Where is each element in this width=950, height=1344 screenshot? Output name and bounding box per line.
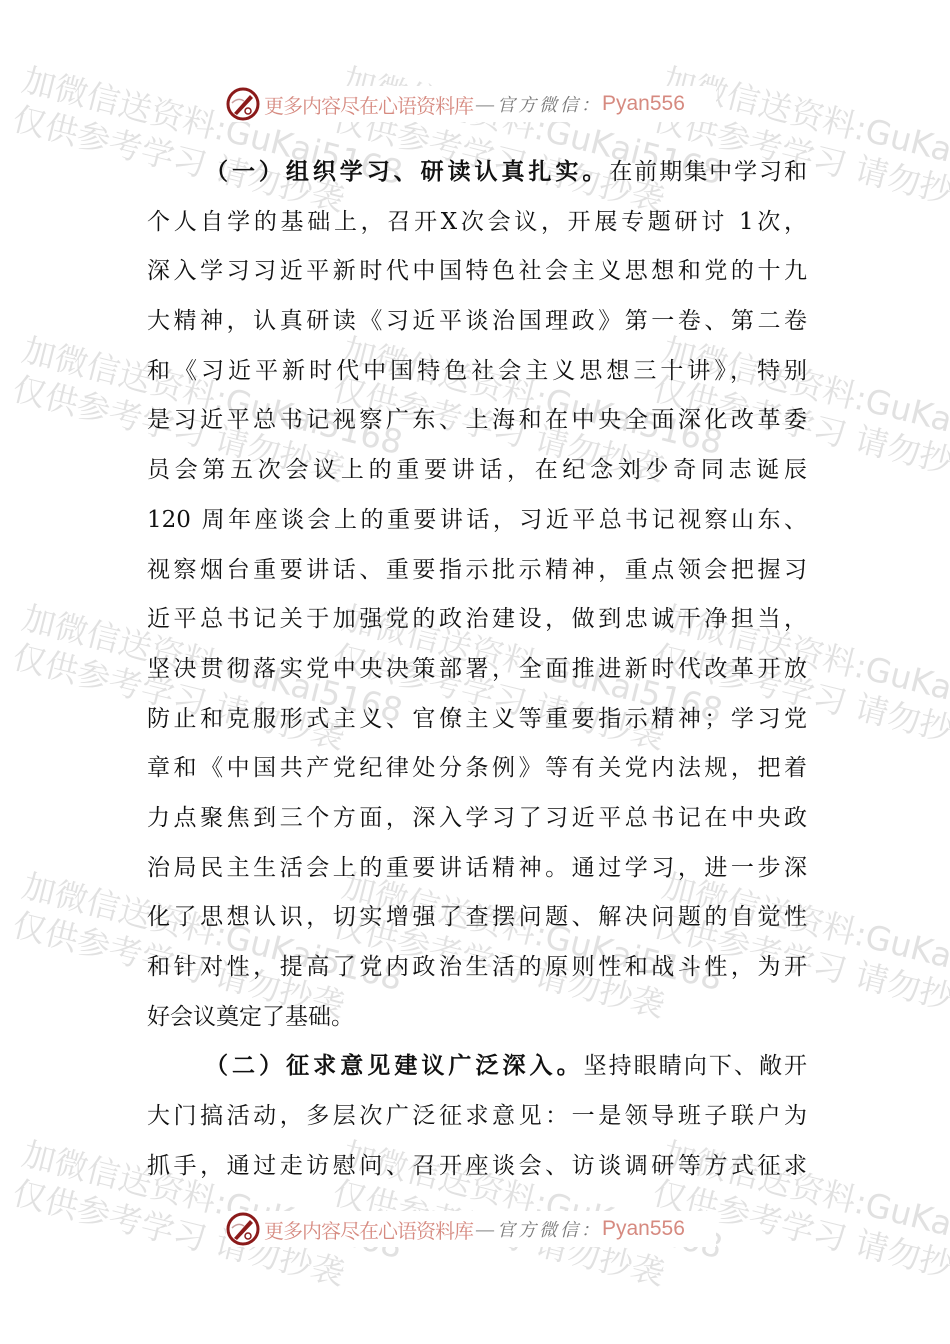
text-line: 力点聚焦到三个方面，深入学习了习近平总书记在中央政 xyxy=(147,794,807,844)
text-line: 抓手，通过走访慰问、召开座谈会、访谈调研等方式征求 xyxy=(147,1142,807,1192)
promo-official-label: 官方微信： xyxy=(497,91,602,117)
header-promo-banner: 更多内容尽在心语资料库 — 官方微信： Pyan556 xyxy=(226,86,716,122)
text-line: 防止和克服形式主义、官僚主义等重要指示精神；学习党 xyxy=(147,695,807,745)
promo-text: 更多内容尽在心语资料库 xyxy=(264,1215,473,1244)
promo-wechat-id: Pyan556 xyxy=(602,1217,685,1241)
promo-official-label: 官方微信： xyxy=(497,1216,602,1242)
text-line: 和针对性，提高了党内政治生活的原则性和战斗性，为开 xyxy=(147,943,807,993)
text-line: 章和《中国共产党纪律处分条例》等有关党内法规，把着 xyxy=(147,744,807,794)
section-heading: （一）组织学习、研读认真扎实。 xyxy=(205,159,609,185)
document-page: 加微信送资料:GuKai5168仅供参考学习 请勿抄袭 加微信送资料:GuKai… xyxy=(0,0,950,1344)
promo-wechat-id: Pyan556 xyxy=(602,92,685,116)
text-line: 近平总书记关于加强党的政治建设，做到忠诚干净担当， xyxy=(147,595,807,645)
document-body: （一）组织学习、研读认真扎实。在前期集中学习和 个人自学的基础上，召开X次会议，… xyxy=(147,148,807,1191)
text-line: 和《习近平新时代中国特色社会主义思想三十讲》，特别 xyxy=(147,347,807,397)
section-2: （二）征求意见建议广泛深入。坚持眼睛向下、敞开 大门搞活动，多层次广泛征求意见：… xyxy=(147,1042,807,1191)
section-1: （一）组织学习、研读认真扎实。在前期集中学习和 个人自学的基础上，召开X次会议，… xyxy=(147,148,807,1042)
text-line: 大精神，认真研读《习近平谈治国理政》第一卷、第二卷 xyxy=(147,297,807,347)
promo-dash: — xyxy=(475,1217,495,1241)
text-line: 员会第五次会议上的重要讲话，在纪念刘少奇同志诞辰 xyxy=(147,446,807,496)
text-line: 坚决贯彻落实党中央决策部署，全面推进新时代改革开放 xyxy=(147,645,807,695)
text-line: 个人自学的基础上，召开X次会议，开展专题研讨 1次， xyxy=(147,198,807,248)
section-heading: （二）征求意见建议广泛深入。 xyxy=(205,1053,584,1079)
footer-promo-banner: 更多内容尽在心语资料库 — 官方微信： Pyan556 xyxy=(226,1211,716,1247)
text-line: 深入学习习近平新时代中国特色社会主义思想和党的十九 xyxy=(147,247,807,297)
promo-text: 更多内容尽在心语资料库 xyxy=(264,90,473,119)
text-line: 120 周年座谈会上的重要讲话，习近平总书记视察山东、 xyxy=(147,496,807,546)
text-line: 好会议奠定了基础。 xyxy=(147,993,807,1043)
text-line: 大门搞活动，多层次广泛征求意见：一是领导班子联户为 xyxy=(147,1092,807,1142)
text-line: 治局民主生活会上的重要讲话精神。通过学习，进一步深 xyxy=(147,844,807,894)
quill-pen-logo-icon xyxy=(226,87,260,121)
text-line: （二）征求意见建议广泛深入。坚持眼睛向下、敞开 xyxy=(147,1042,807,1092)
text-line: 是习近平总书记视察广东、上海和在中央全面深化改革委 xyxy=(147,396,807,446)
promo-dash: — xyxy=(475,92,495,116)
quill-pen-logo-icon xyxy=(226,1212,260,1246)
text-line: 化了思想认识，切实增强了查摆问题、解决问题的自觉性 xyxy=(147,893,807,943)
text-line: （一）组织学习、研读认真扎实。在前期集中学习和 xyxy=(147,148,807,198)
text-line: 视察烟台重要讲话、重要指示批示精神，重点领会把握习 xyxy=(147,546,807,596)
